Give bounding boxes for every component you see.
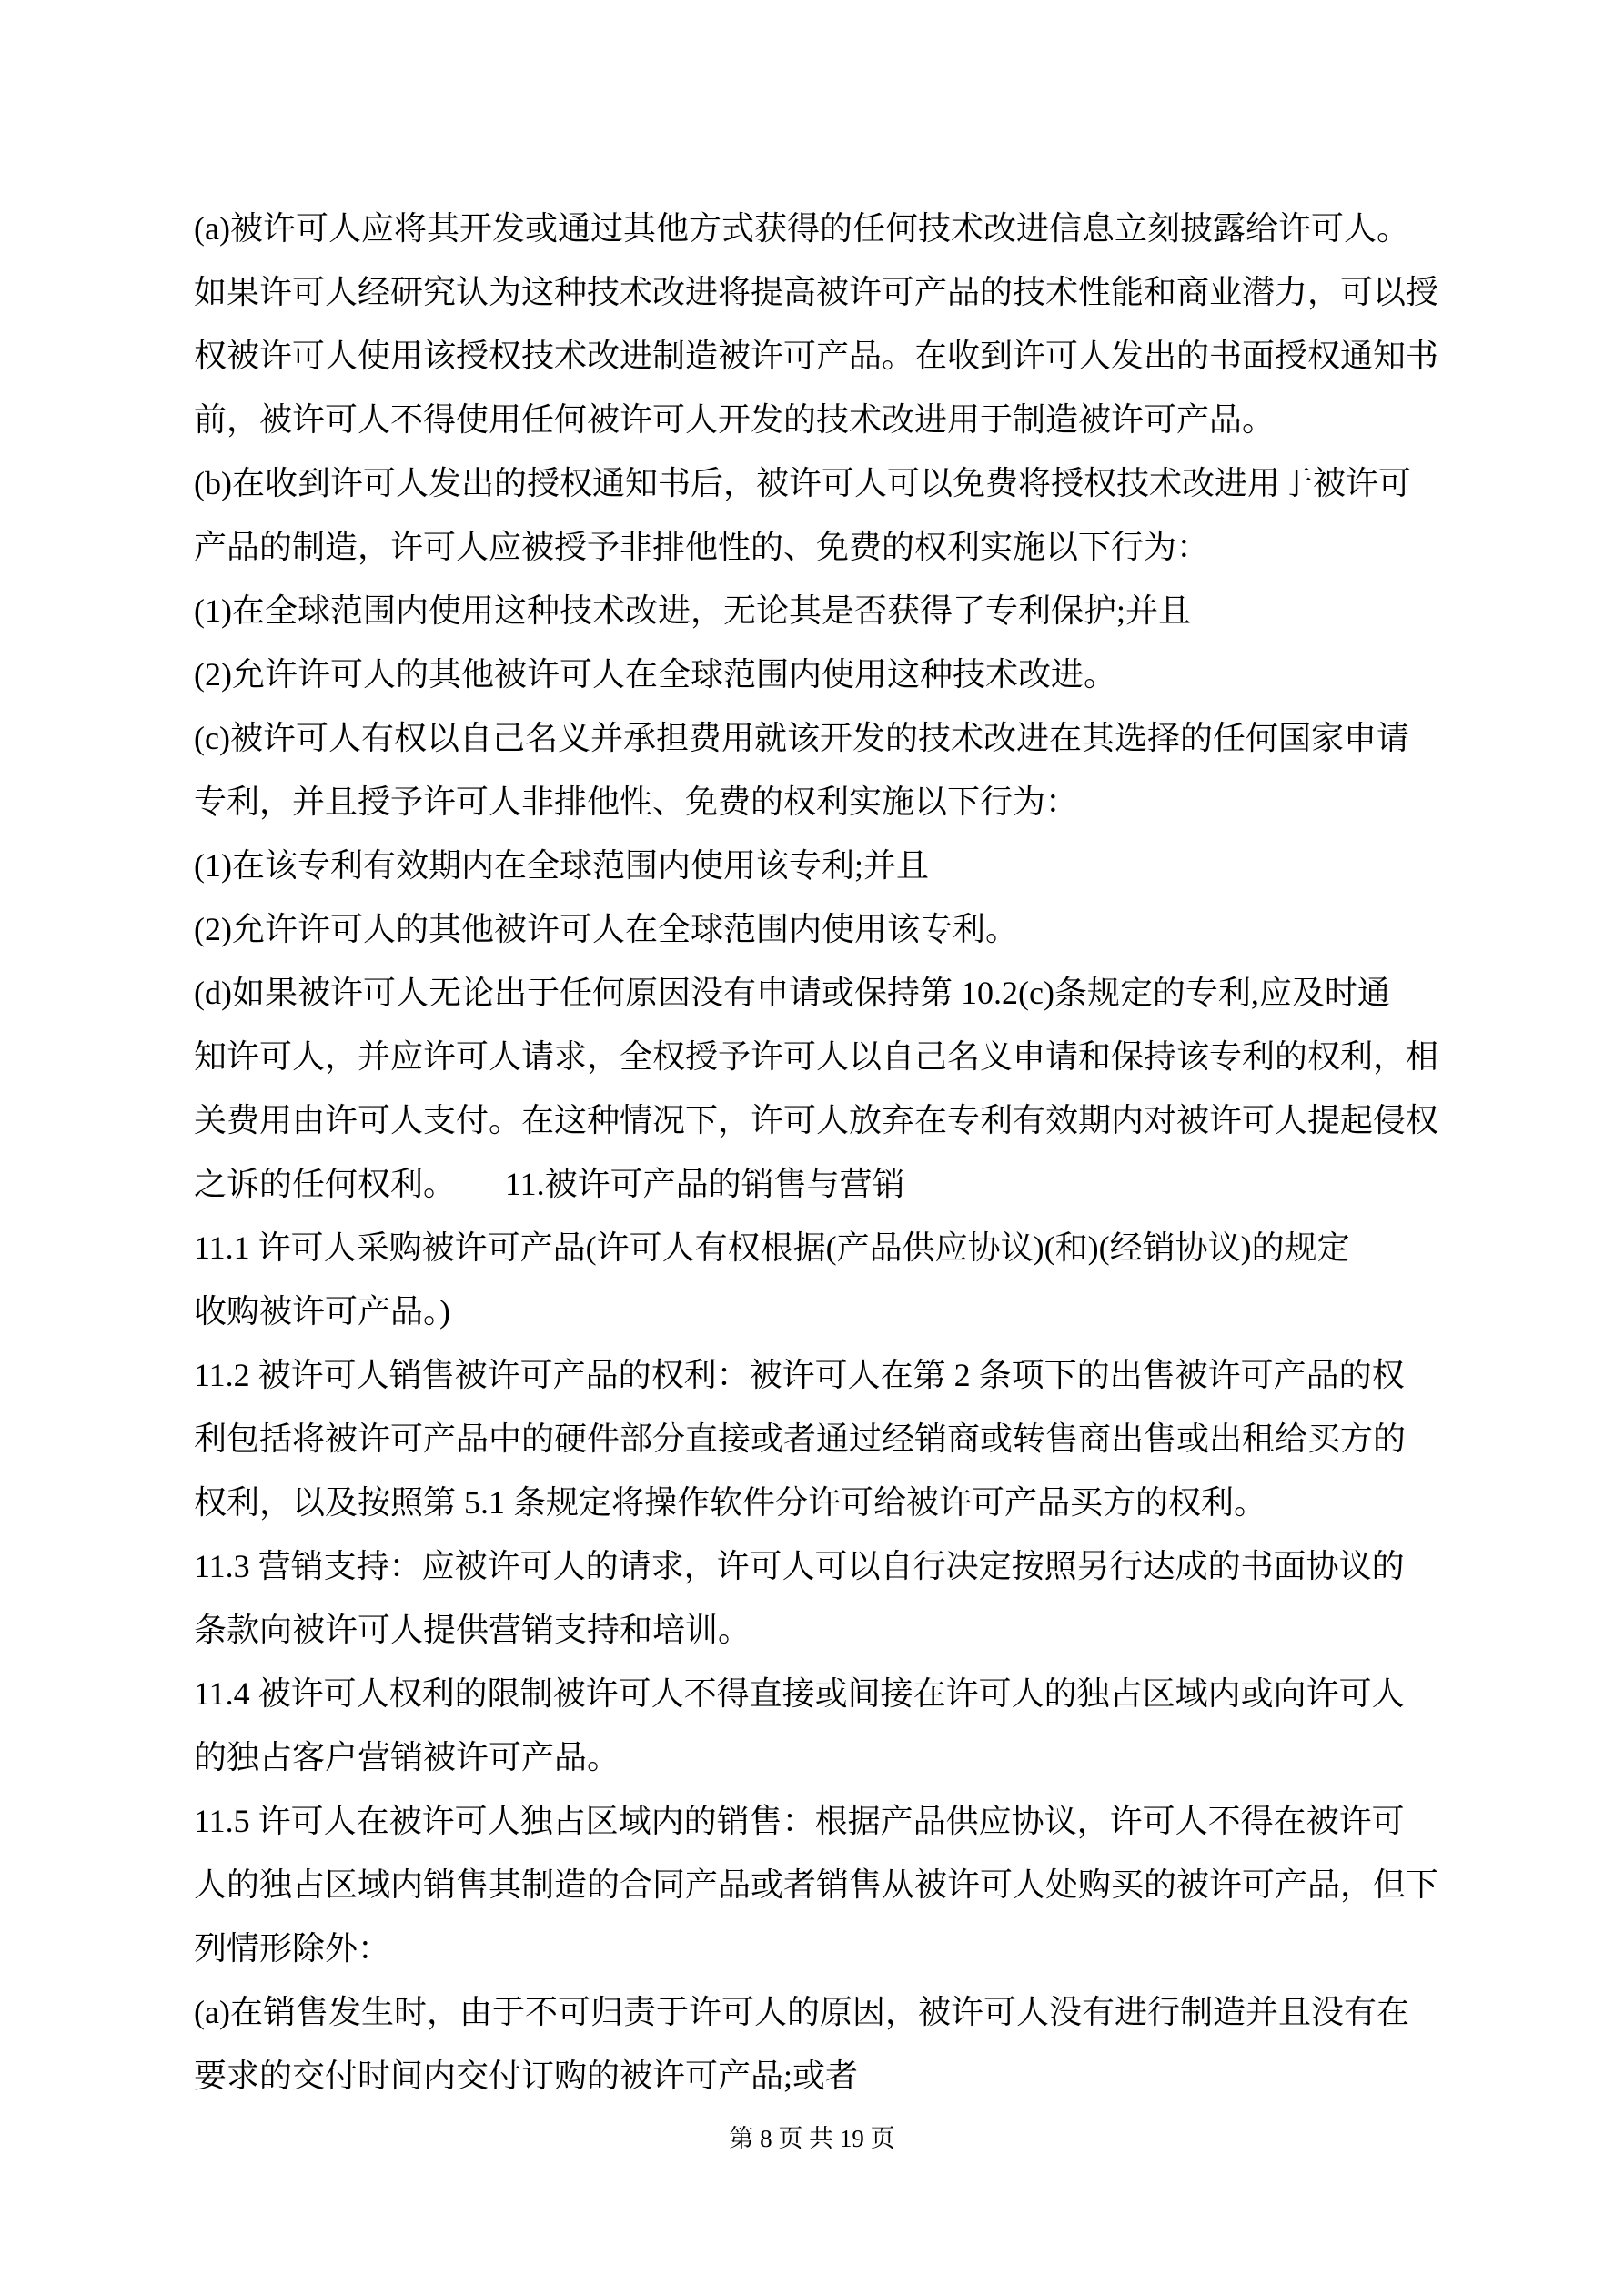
body-line: 要求的交付时间内交付订购的被许可产品;或者 — [194, 2044, 1442, 2108]
body-line: 的独占客户营销被许可产品。 — [194, 1725, 1442, 1789]
body-line: 人的独占区域内销售其制造的合同产品或者销售从被许可人处购买的被许可产品，但下 — [194, 1853, 1442, 1917]
body-line: 11.5 许可人在被许可人独占区域内的销售：根据产品供应协议，许可人不得在被许可 — [194, 1789, 1442, 1853]
body-line: 权利，以及按照第 5.1 条规定将操作软件分许可给被许可产品买方的权利。 — [194, 1471, 1442, 1534]
body-line: 前，被许可人不得使用任何被许可人开发的技术改进用于制造被许可产品。 — [194, 388, 1442, 451]
body-line: (1)在全球范围内使用这种技术改进，无论其是否获得了专利保护;并且 — [194, 579, 1442, 642]
body-line: 知许可人，并应许可人请求，全权授予许可人以自己名义申请和保持该专利的权利，相 — [194, 1025, 1442, 1088]
body-line: 收购被许可产品。) — [194, 1279, 1442, 1343]
document-page: (a)被许可人应将其开发或通过其他方式获得的任何技术改进信息立刻披露给许可人。 … — [0, 0, 1624, 2296]
body-line: 权被许可人使用该授权技术改进制造被许可产品。在收到许可人发出的书面授权通知书 — [194, 324, 1442, 388]
body-line: 之诉的任何权利。 11.被许可产品的销售与营销 — [194, 1152, 1442, 1216]
body-line: (d)如果被许可人无论出于任何原因没有申请或保持第 10.2(c)条规定的专利,… — [194, 961, 1442, 1025]
body-line: 如果许可人经研究认为这种技术改进将提高被许可产品的技术性能和商业潜力，可以授 — [194, 260, 1442, 324]
body-line: (c)被许可人有权以自己名义并承担费用就该开发的技术改进在其选择的任何国家申请 — [194, 706, 1442, 770]
page-footer: 第 8 页 共 19 页 — [0, 2120, 1624, 2157]
body-line: 11.4 被许可人权利的限制被许可人不得直接或间接在许可人的独占区域内或向许可人 — [194, 1662, 1442, 1725]
body-line: 关费用由许可人支付。在这种情况下，许可人放弃在专利有效期内对被许可人提起侵权 — [194, 1088, 1442, 1152]
body-line: (b)在收到许可人发出的授权通知书后，被许可人可以免费将授权技术改进用于被许可 — [194, 451, 1442, 515]
body-line: 产品的制造，许可人应被授予非排他性的、免费的权利实施以下行为： — [194, 515, 1442, 579]
body-line: 条款向被许可人提供营销支持和培训。 — [194, 1598, 1442, 1662]
body-line: (1)在该专利有效期内在全球范围内使用该专利;并且 — [194, 834, 1442, 897]
body-line: (2)允许许可人的其他被许可人在全球范围内使用该专利。 — [194, 897, 1442, 961]
body-line: 11.3 营销支持：应被许可人的请求，许可人可以自行决定按照另行达成的书面协议的 — [194, 1534, 1442, 1598]
body-line: 列情形除外： — [194, 1917, 1442, 1980]
body-line: 11.1 许可人采购被许可产品(许可人有权根据(产品供应协议)(和)(经销协议)… — [194, 1216, 1442, 1279]
body-line: (a)在销售发生时，由于不可归责于许可人的原因，被许可人没有进行制造并且没有在 — [194, 1980, 1442, 2044]
body-line: 利包括将被许可产品中的硬件部分直接或者通过经销商或转售商出售或出租给买方的 — [194, 1407, 1442, 1471]
body-line: 11.2 被许可人销售被许可产品的权利：被许可人在第 2 条项下的出售被许可产品… — [194, 1343, 1442, 1407]
body-line: (a)被许可人应将其开发或通过其他方式获得的任何技术改进信息立刻披露给许可人。 — [194, 197, 1442, 260]
body-line: (2)允许许可人的其他被许可人在全球范围内使用这种技术改进。 — [194, 642, 1442, 706]
contract-body: (a)被许可人应将其开发或通过其他方式获得的任何技术改进信息立刻披露给许可人。 … — [194, 197, 1442, 2108]
body-line: 专利，并且授予许可人非排他性、免费的权利实施以下行为： — [194, 770, 1442, 834]
